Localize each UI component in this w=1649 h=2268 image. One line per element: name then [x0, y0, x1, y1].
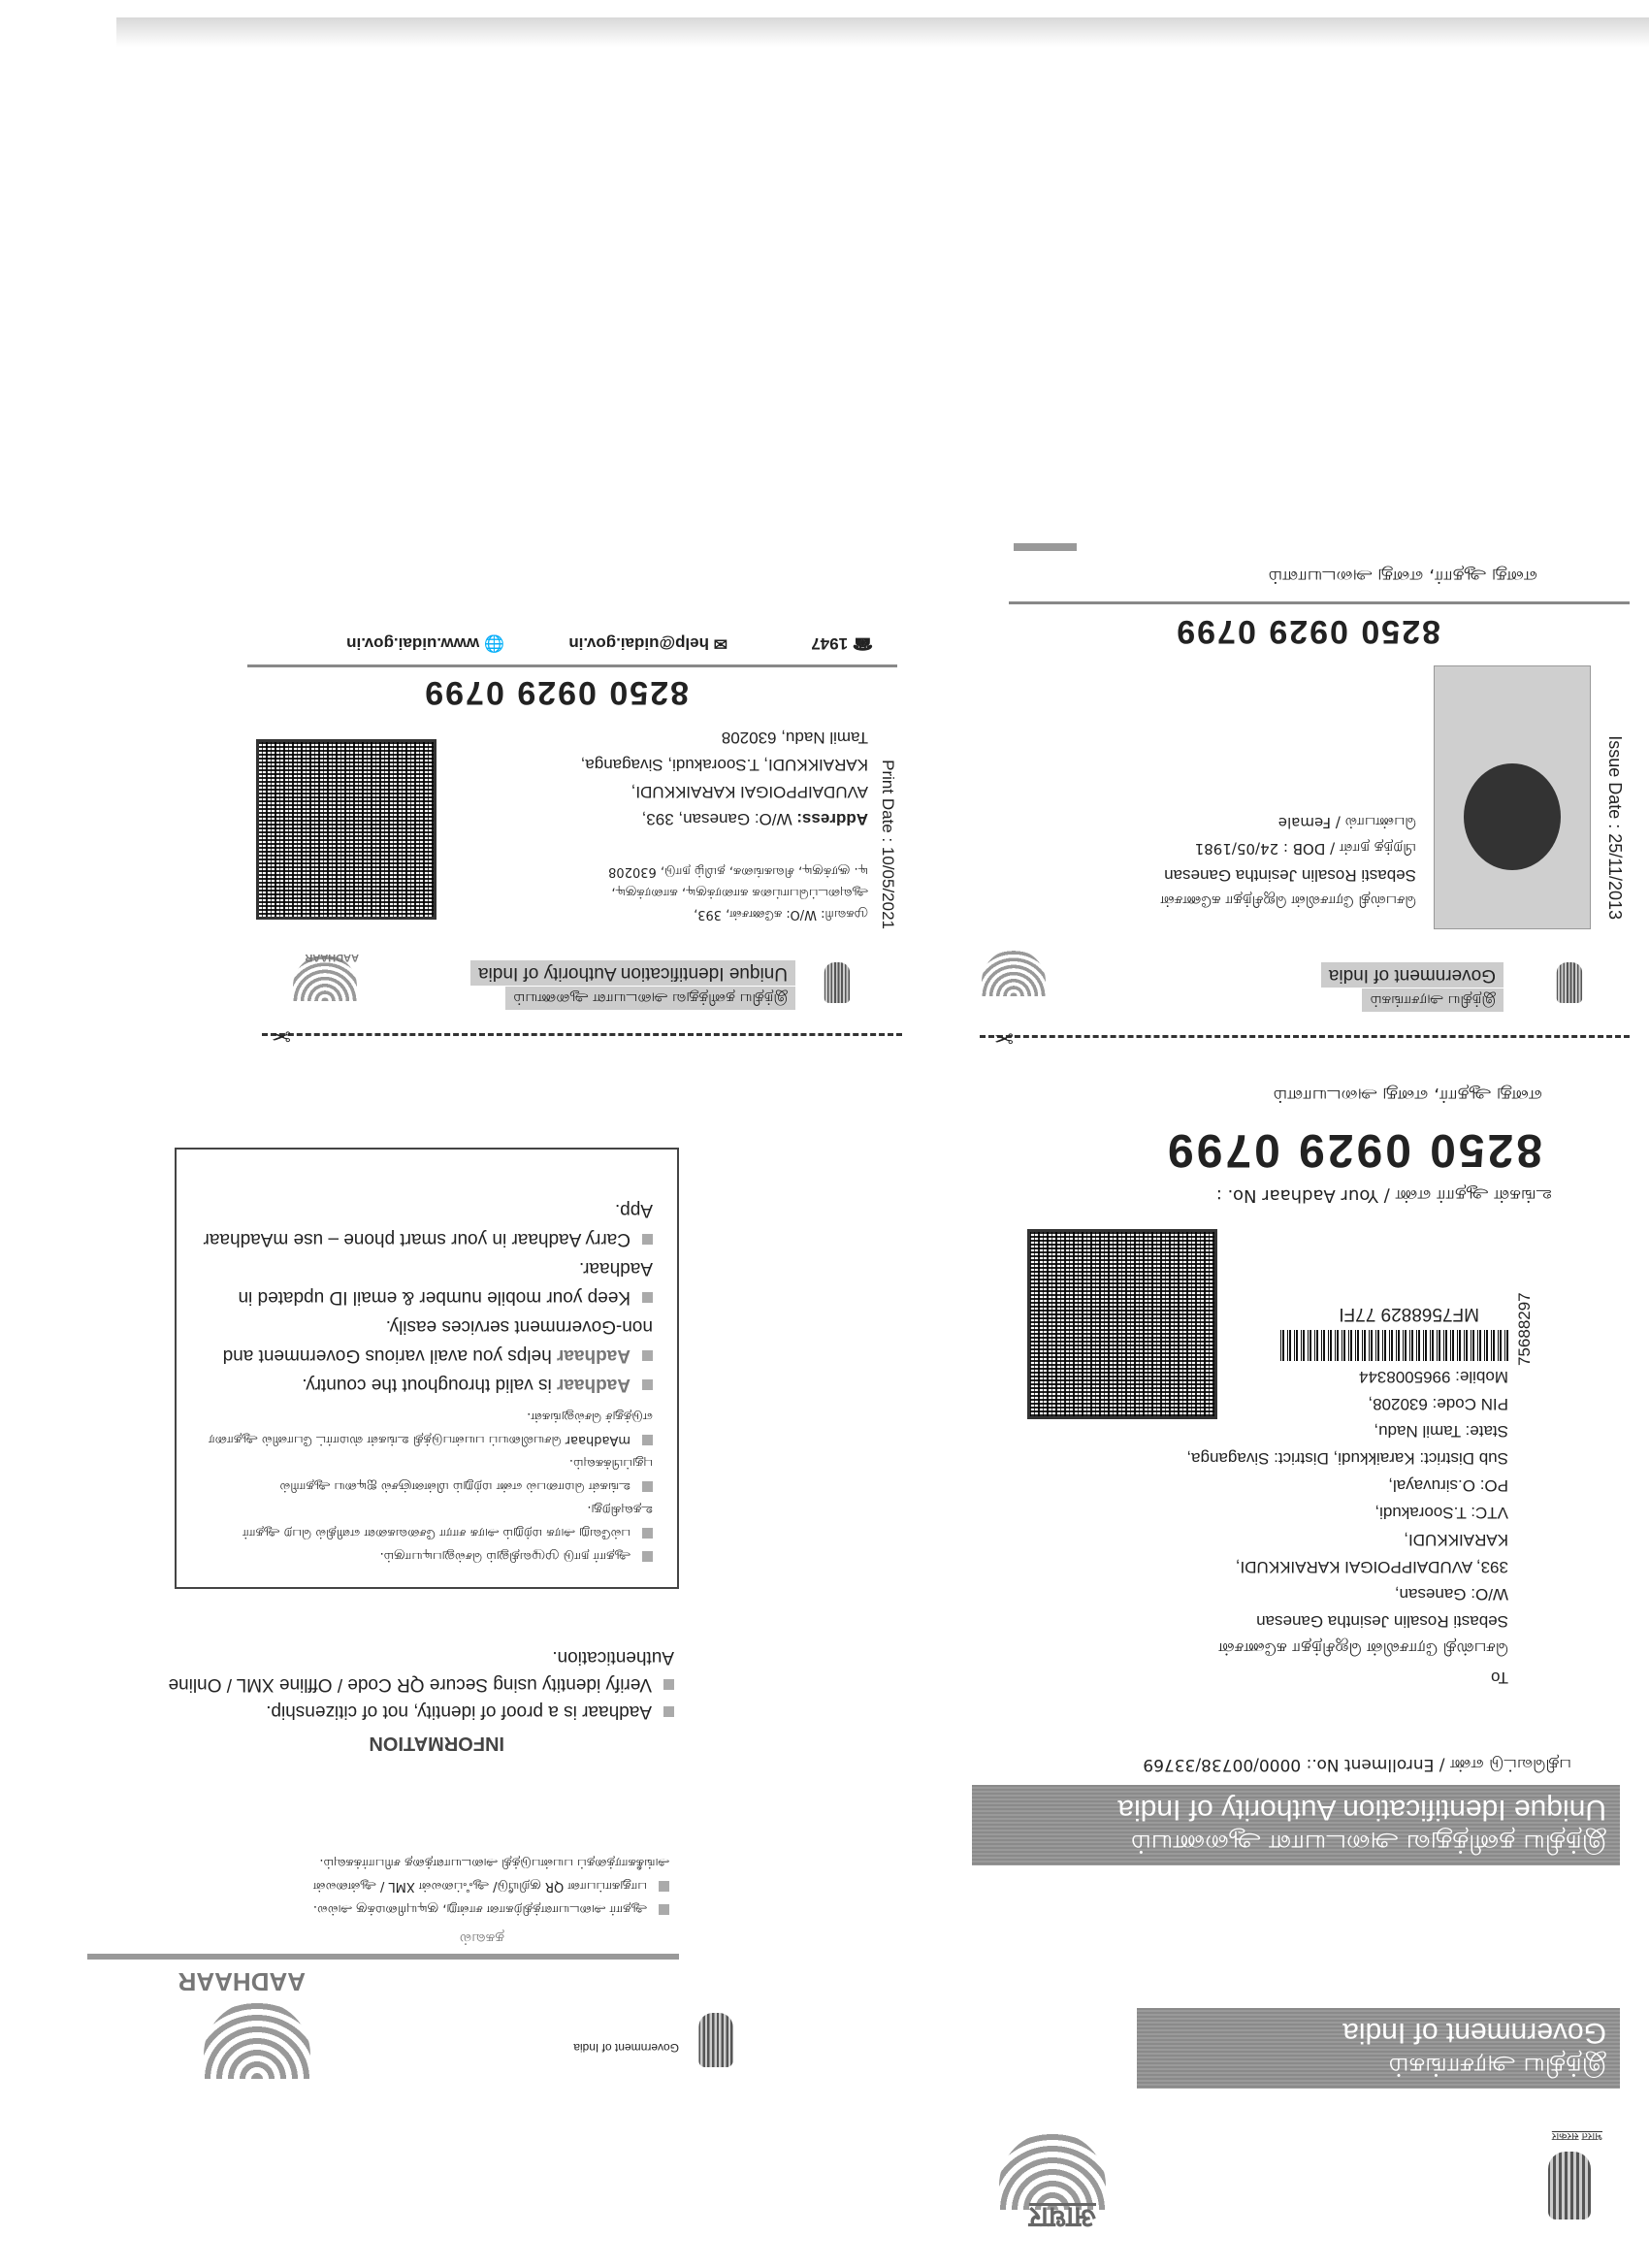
banner-english: Government of India: [1150, 2016, 1606, 2049]
aadhaar-logo-icon: [999, 2132, 1106, 2210]
box-point: Carry Aadhaar in your smart phone – use …: [201, 1195, 653, 1253]
uidai-banner: இந்திய தனித்துவ அடையாள ஆணையம் Unique Ide…: [972, 1785, 1620, 1865]
uidai-banner-tamil: இந்திய தனித்துவ அடையாள ஆணையம்: [986, 1826, 1606, 1858]
holder-photo: [1434, 665, 1591, 929]
address-line: State: Tamil Nadu,: [1186, 1417, 1508, 1444]
cut-line: [980, 1035, 1630, 1038]
website-link[interactable]: 🌐 www.uidai.gov.in: [346, 633, 504, 653]
box-tamil-point: mAadhaar செயலியைப் பயன்படுத்தி உங்கள் ஸ்…: [201, 1405, 653, 1451]
qr-code: [1027, 1229, 1217, 1419]
grey-mark: [1014, 543, 1077, 551]
address-line: KARAIKKUDI,: [1186, 1526, 1508, 1553]
holder-name-english: Sebasti Rosalin Jesintha Ganesan: [1164, 861, 1416, 889]
banner-tamil: இந்திய அரசாங்கம்: [1150, 2049, 1606, 2081]
address-line: Sub District: Karaikkudi, District: Siva…: [1186, 1444, 1508, 1472]
your-aadhaar-no-label: உங்கள் ஆதார் எண் / Your Aadhaar No. :: [1216, 1182, 1552, 1209]
uidai-banner-english: Unique Identification Authority of India: [986, 1793, 1606, 1826]
back-aadhaar-number: 8250 0929 0799: [423, 673, 689, 711]
gov-india-banner: இந்திய அரசாங்கம் Government of India: [1137, 2008, 1620, 2089]
barcode-text: MF7568829 77FI: [1339, 1300, 1479, 1327]
box-point: Aadhaar helps you avail various Governme…: [201, 1312, 653, 1370]
tagline: எனது ஆதார், எனது அடையாளம்: [1274, 1082, 1542, 1109]
information-points: Aadhaar is a proof of identity, not of c…: [131, 1643, 674, 1725]
aadhaar-logo-icon: [982, 950, 1046, 996]
uidai-english: Unique Identification Authority of India: [470, 960, 795, 986]
aadhaar-hindi-logo-text: आधार: [1029, 2199, 1096, 2239]
holder-gender: பெண்பால் / Female: [1278, 809, 1416, 836]
address-line: W/O: Ganesan,: [1186, 1580, 1508, 1607]
qr-code: [256, 739, 436, 920]
cut-line: [262, 1033, 902, 1036]
tamil-info-points: ஆதார் அடையாளத்திற்கான சான்று, குடியுரிமை…: [242, 1851, 669, 1921]
address-label: Address:: [796, 810, 868, 828]
tamil-info-point: ஆதார் அடையாளத்திற்கான சான்று, குடியுரிமை…: [242, 1897, 669, 1921]
front-tagline: எனது ஆதார், எனது அடையாளம்: [1269, 563, 1537, 590]
address-english: Address: W/O: Ganesan, 393, AVUDAIPPOIGA…: [567, 724, 868, 832]
address-line: செபஸ்தி ரோசலின் ஜெசிந்தா கணேசன்: [1186, 1635, 1508, 1662]
info-point: Verify identity using Secure QR Code / O…: [131, 1643, 674, 1698]
divider: [1009, 601, 1630, 604]
box-tamil-point: உங்கள் மொபைல் எண் மற்றும் மின்னஞ்சல் ஐடி…: [201, 1451, 653, 1498]
phone-icon: ☎: [853, 634, 873, 653]
box-tamil-points: ஆதார் நாடு முழுவதிலும் செல்லுபடியாகும். …: [201, 1405, 653, 1568]
mail-icon: ✉: [714, 634, 727, 653]
address-line: Sebasti Rosalin Jesintha Ganesan: [1186, 1607, 1508, 1635]
scissors-icon: ✂: [994, 1023, 1014, 1052]
aadhaar-letter-page: भारत सरकार आधार இந்திய அரசாங்கம் Governm…: [0, 0, 1649, 2268]
holder-name-tamil: செபஸ்தி ரோசலின் ஜெசிந்தா கணேசன்: [1160, 888, 1416, 915]
recipient-address: செபஸ்தி ரோசலின் ஜெசிந்தா கணேசன் Sebasti …: [1186, 1363, 1508, 1662]
barcode: [1280, 1330, 1508, 1361]
holder-dob: பிறந்த நாள் / DOB : 24/05/1981: [1195, 835, 1416, 862]
issue-date: Issue Date : 25/11/2013: [1604, 735, 1625, 920]
front-aadhaar-number: 8250 0929 0799: [1175, 612, 1440, 650]
aadhaar-number: 8250 0929 0799: [1165, 1123, 1542, 1177]
address-line: 393, AVUDAIPPOIGAI KARAIKKUDI,: [1186, 1553, 1508, 1580]
address-line: PO: O.siruvayal,: [1186, 1472, 1508, 1499]
aadhaar-logo-text: AADHAAR: [178, 1966, 306, 1996]
to-label: To: [1491, 1664, 1508, 1691]
national-emblem-icon: [698, 2013, 732, 2067]
box-point: Aadhaar is valid throughout the country.: [201, 1370, 653, 1399]
box-tamil-point: ஆதார் நாடு முழுவதிலும் செல்லுபடியாகும்.: [201, 1544, 653, 1568]
national-emblem-icon: [1548, 2152, 1591, 2219]
address-tamil: முகவரி: W/O: கணேசன், 393, ஆவுடைப்பொய்கை …: [597, 860, 868, 924]
front-gov-english: Government of India: [1321, 962, 1503, 988]
divider: [247, 664, 897, 667]
aadhaar-logo-icon: [204, 2001, 310, 2079]
enrollment-number: பதிவெட்டு எண் / Enrollment No.: 0000/007…: [1143, 1751, 1571, 1778]
tamil-info-point: பாதுகாப்பான QR குறியீடு/ ஆஃப்லைன் XML / …: [242, 1851, 669, 1897]
aadhaar-logo-text: AADHAAR: [305, 952, 359, 963]
divider: [87, 1954, 679, 1960]
box-tamil-point: பல்வேறு அரசு மற்றும் அரசு சாரா சேவைகளை எ…: [201, 1498, 653, 1544]
front-gov-tamil: இந்திய அரசாங்கம்: [1363, 988, 1504, 1012]
info-point: Aadhaar is a proof of identity, not of c…: [131, 1698, 674, 1725]
box-english-points: Aadhaar is valid throughout the country.…: [201, 1195, 653, 1399]
globe-icon: 🌐: [484, 634, 504, 653]
scissors-icon: ✂: [272, 1021, 291, 1050]
side-code: 75688297: [1515, 1292, 1535, 1366]
tamil-info-heading: தகவல்: [460, 1928, 504, 1948]
info-gov-english: Government of India: [573, 2041, 679, 2055]
address-line: Mobile: 9965008344: [1186, 1363, 1508, 1390]
email-link[interactable]: ✉ help@uidai.gov.in: [568, 633, 727, 653]
address-line: PIN Code: 630208,: [1186, 1390, 1508, 1417]
address-line: VTC: T.Soorakudi,: [1186, 1499, 1508, 1526]
print-date: Print Date : 10/05/2021: [878, 760, 897, 929]
hindi-gov-label: भारत सरकार: [1552, 2129, 1602, 2144]
helpline: ☎ 1947: [811, 633, 873, 653]
information-heading: INFORMATION: [369, 1732, 504, 1754]
box-point: Keep your mobile number & email ID updat…: [201, 1253, 653, 1312]
national-emblem-icon: [1557, 962, 1582, 1003]
info-box: ஆதார் நாடு முழுவதிலும் செல்லுபடியாகும். …: [175, 1148, 679, 1589]
national-emblem-icon: [824, 962, 850, 1003]
uidai-tamil: இந்திய தனித்துவ அடையாள ஆணையம்: [505, 987, 795, 1010]
